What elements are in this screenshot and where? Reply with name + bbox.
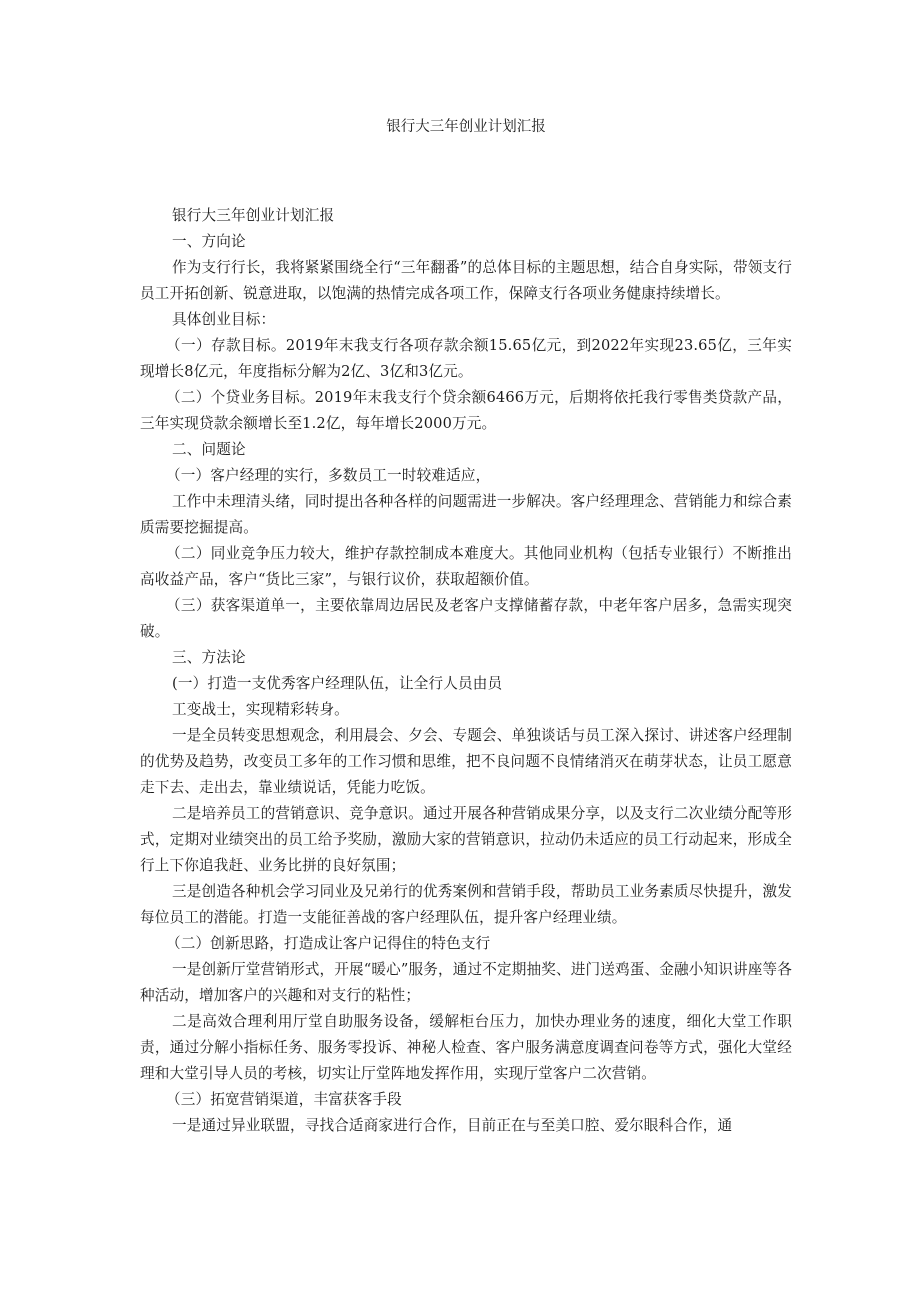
paragraph: 作为支行行长，我将紧紧围绕全行“三年翻番”的总体目标的主题思想，结合自身实际，带… — [140, 255, 792, 307]
paragraph: （一）存款目标。2019年末我支行各项存款余额15.65亿元，到2022年实现2… — [140, 333, 792, 385]
document-body: 银行大三年创业计划汇报 一、方向论 作为支行行长，我将紧紧围绕全行“三年翻番”的… — [140, 203, 792, 1139]
paragraph: 工变战士，实现精彩转身。 — [140, 697, 792, 723]
paragraph: （三）拓宽营销渠道，丰富获客手段 — [140, 1087, 792, 1113]
paragraph: 工作中未理清头绪，同时提出各种各样的问题需进一步解决。客户经理理念、营销能力和综… — [140, 489, 792, 541]
paragraph: （二）创新思路，打造成让客户记得住的特色支行 — [140, 931, 792, 957]
paragraph: 二是高效合理利用厅堂自助服务设备，缓解柜台压力，加快办理业务的速度，细化大堂工作… — [140, 1009, 792, 1087]
paragraph-subtitle: 银行大三年创业计划汇报 — [140, 203, 792, 229]
heading-direction: 一、方向论 — [140, 229, 792, 255]
paragraph: （二）个贷业务目标。2019年末我支行个贷余额6466万元，后期将依托我行零售类… — [140, 385, 792, 437]
paragraph: (一）打造一支优秀客户经理队伍，让全行人员由员 — [140, 671, 792, 697]
paragraph: 三是创造各种机会学习同业及兄弟行的优秀案例和营销手段，帮助员工业务素质尽快提升，… — [140, 879, 792, 931]
paragraph: 一是全员转变思想观念，利用晨会、夕会、专题会、单独谈话与员工深入探讨、讲述客户经… — [140, 723, 792, 801]
document-title: 银行大三年创业计划汇报 — [140, 117, 792, 137]
paragraph: （二）同业竞争压力较大，维护存款控制成本难度大。其他同业机构（包括专业银行）不断… — [140, 541, 792, 593]
paragraph: （三）获客渠道单一，主要依靠周边居民及老客户支撑储蓄存款，中老年客户居多，急需实… — [140, 593, 792, 645]
paragraph: 具体创业目标： — [140, 307, 792, 333]
paragraph: 二是培养员工的营销意识、竞争意识。通过开展各种营销成果分享，以及支行二次业绩分配… — [140, 801, 792, 879]
paragraph: （一）客户经理的实行，多数员工一时较难适应， — [140, 463, 792, 489]
heading-method: 三、方法论 — [140, 645, 792, 671]
paragraph: 一是通过异业联盟，寻找合适商家进行合作，目前正在与至美口腔、爱尔眼科合作，通 — [140, 1113, 792, 1139]
paragraph: 一是创新厅堂营销形式，开展“暖心”服务，通过不定期抽奖、进门送鸡蛋、金融小知识讲… — [140, 957, 792, 1009]
heading-problem: 二、问题论 — [140, 437, 792, 463]
